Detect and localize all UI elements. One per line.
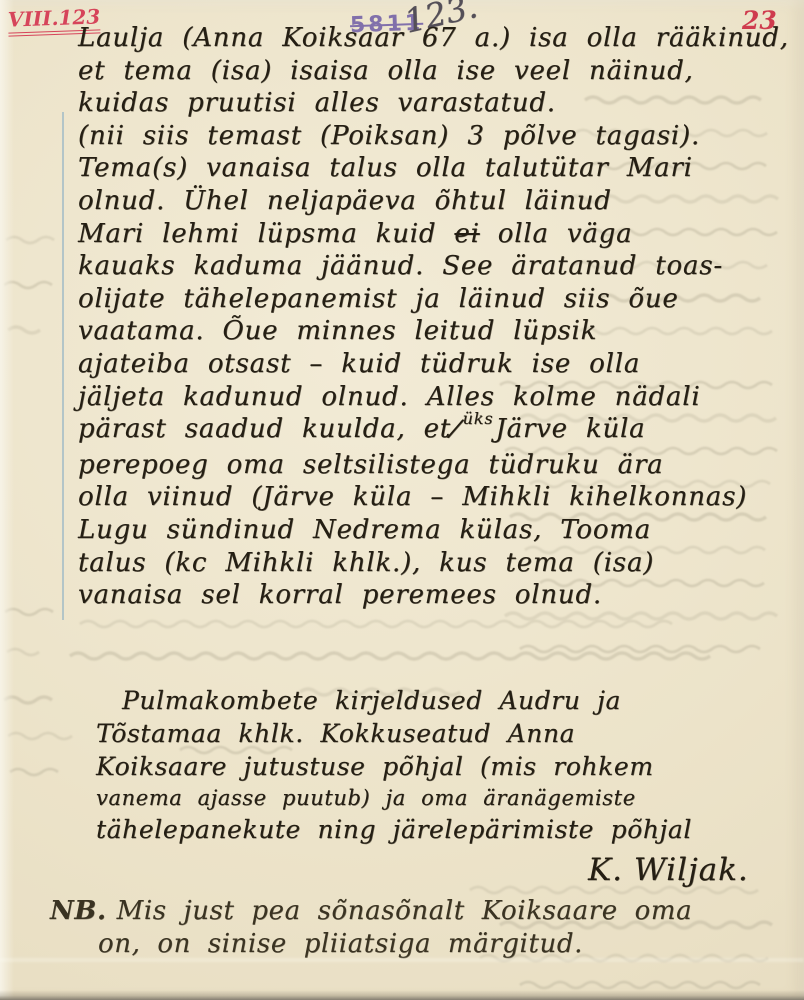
bleed-squiggle <box>520 982 760 988</box>
line-text: kuidas pruutisi alles varastatud. <box>78 88 556 118</box>
handwritten-line: vanaisa sel korral peremees olnud. <box>78 579 796 612</box>
handwritten-line: Koiksaare jutustuse põhjal (mis rohkem <box>96 750 786 783</box>
line-text: olla väga <box>480 219 633 249</box>
line-text: talus (kc Mihkli khlk.), kus tema (isa) <box>78 548 654 578</box>
line-text: Tõstamaa khlk. Kokkuseatud Anna <box>96 719 575 748</box>
handwritten-line: kauaks kaduma jäänud. See äratanud toas- <box>78 250 796 283</box>
line-text: pärast saadud kuulda, et <box>78 414 451 444</box>
line-text: tähelepanekute ning järelepärimiste põhj… <box>96 815 692 844</box>
handwritten-line: Lugu sündinud Nedrema külas, Tooma <box>78 514 796 547</box>
handwritten-line: kuidas pruutisi alles varastatud. <box>78 87 796 120</box>
handwritten-line: jäljeta kadunud olnud. Alles kolme nädal… <box>78 381 796 414</box>
line-text: jäljeta kadunud olnud. Alles kolme nädal… <box>78 382 700 412</box>
nb-line-2: on, on sinise pliiatsiga märgitud. <box>50 926 692 962</box>
bleed-squiggle <box>505 613 777 619</box>
handwritten-line: Tema(s) vanaisa talus olla talutütar Mar… <box>78 152 796 185</box>
handwritten-line-with-strikethrough: Mari lehmi lüpsma kuid ei olla väga <box>78 218 796 251</box>
line-text: et tema (isa) isaisa olla ise veel näinu… <box>78 56 694 86</box>
handwritten-line: vaatama. Õue minnes leitud lüpsik <box>78 315 796 348</box>
page-bottom-edge <box>0 990 804 1000</box>
paper-crease <box>0 958 804 962</box>
line-text: vanaisa sel korral peremees olnud. <box>78 580 602 610</box>
line-text: ajateiba otsast – kuid tüdruk ise olla <box>78 349 640 379</box>
handwritten-line: Pulmakombete kirjeldused Audru ja <box>96 684 786 717</box>
bleed-squiggle <box>8 733 72 739</box>
handwritten-line: olnud. Ühel neljapäeva õhtul läinud <box>78 185 796 218</box>
manuscript-page: VIII.123 5811 123. 23 Laulja (Anna Koiks… <box>0 0 804 1000</box>
line-text: (nii siis temast (Poiksan) 3 põlve tagas… <box>78 121 700 151</box>
handwritten-line-with-insertion: pärast saadud kuulda, et/üksJärve küla <box>78 413 796 449</box>
line-text: Lugu sündinud Nedrema külas, Tooma <box>78 515 651 545</box>
bleed-squiggle <box>520 646 760 652</box>
line-text: olijate tähelepanemist ja läinud siis õu… <box>78 284 679 314</box>
handwritten-line: Laulja (Anna Koiksaar 67 a.) isa olla rä… <box>78 22 796 55</box>
scan-edge <box>0 0 14 1000</box>
handwritten-line: perepoeg oma seltsilistega tüdruku ära <box>78 449 796 482</box>
line-text: Järve küla <box>495 414 645 444</box>
handwritten-line: olijate tähelepanemist ja läinud siis õu… <box>78 283 796 316</box>
bleed-squiggle <box>10 769 58 775</box>
line-text: Mari lehmi lüpsma kuid <box>78 219 454 249</box>
handwritten-line: (nii siis temast (Poiksan) 3 põlve tagas… <box>78 120 796 153</box>
handwritten-line: ajateiba otsast – kuid tüdruk ise olla <box>78 348 796 381</box>
inserted-word: üks <box>463 403 494 436</box>
line-text: perepoeg oma seltsilistega tüdruku ära <box>78 450 664 480</box>
handwritten-line: talus (kc Mihkli khlk.), kus tema (isa) <box>78 547 796 580</box>
line-text: on, on sinise pliiatsiga märgitud. <box>98 929 583 959</box>
line-text: vaatama. Õue minnes leitud lüpsik <box>78 316 597 346</box>
line-text: kauaks kaduma jäänud. See äratanud toas- <box>78 251 723 281</box>
paragraph-2: Pulmakombete kirjeldused Audru ja Tõstam… <box>96 684 786 846</box>
handwritten-line: vanema ajasse puutub) ja oma äranägemist… <box>96 783 786 813</box>
line-text: vanema ajasse puutub) ja oma äranägemist… <box>96 786 636 810</box>
line-text: Pulmakombete kirjeldused Audru ja <box>122 686 621 715</box>
handwritten-line: et tema (isa) isaisa olla ise veel näinu… <box>78 55 796 88</box>
nb-label: NB. <box>50 896 107 926</box>
handwritten-line: Tõstamaa khlk. Kokkuseatud Anna <box>96 717 786 750</box>
struck-word: ei <box>454 219 479 249</box>
line-text: olnud. Ühel neljapäeva õhtul läinud <box>78 186 612 216</box>
margin-rule-line <box>62 112 64 620</box>
line-text: Laulja (Anna Koiksaar 67 a.) isa olla rä… <box>78 23 789 53</box>
bleed-squiggle <box>80 621 672 627</box>
paragraph-1: Laulja (Anna Koiksaar 67 a.) isa olla rä… <box>78 22 796 612</box>
handwritten-line: olla viinud (Järve küla – Mihkli kihelko… <box>78 481 796 514</box>
signature: K. Wiljak. <box>588 852 749 888</box>
line-text: Tema(s) vanaisa talus olla talutütar Mar… <box>78 153 693 183</box>
handwritten-line: tähelepanekute ning järelepärimiste põhj… <box>96 813 786 846</box>
nb-note: NB.Mis just pea sõnasõnalt Koiksaare oma… <box>50 896 692 962</box>
nb-line-1: NB.Mis just pea sõnasõnalt Koiksaare oma <box>50 896 692 926</box>
line-text: olla viinud (Järve küla – Mihkli kihelko… <box>78 482 747 512</box>
bleed-squiggle <box>70 653 710 659</box>
line-text: Koiksaare jutustuse põhjal (mis rohkem <box>96 752 654 781</box>
line-text: Mis just pea sõnasõnalt Koiksaare oma <box>117 896 693 926</box>
